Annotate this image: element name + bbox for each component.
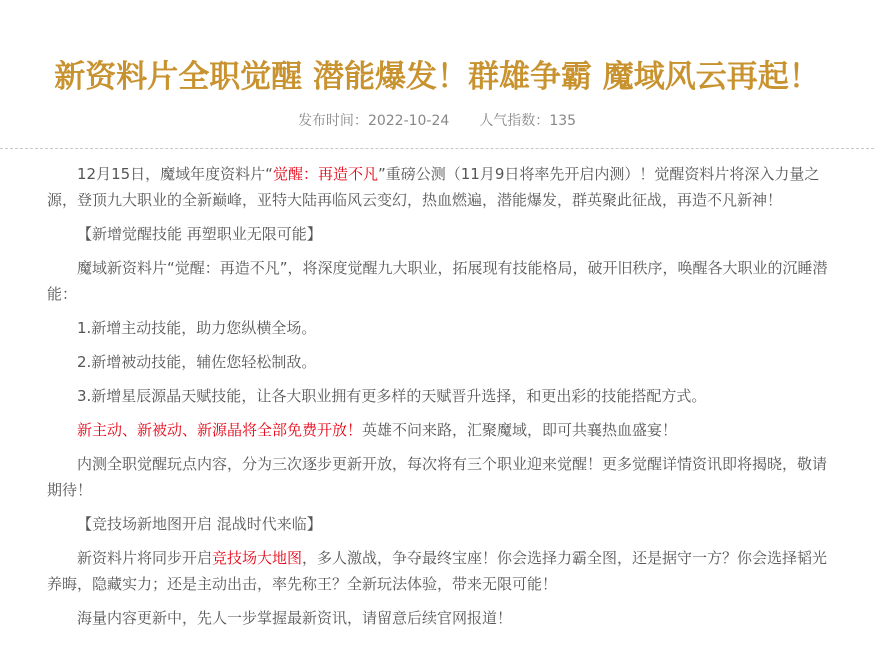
list-item: 3.新增星辰源晶天赋技能，让各大职业拥有更多样的天赋晋升选择，和更出彩的技能搭配… (47, 383, 830, 409)
publish-date: 2022-10-24 (368, 111, 449, 131)
highlight-arena-map: 竞技场大地图 (212, 549, 302, 567)
paragraph-closing: 海量内容更新中，先人一步掌握最新资讯，请留意后续官网报道！ (47, 605, 830, 631)
text: 12月15日，魔域年度资料片“ (77, 165, 273, 183)
paragraph-free: 新主动、新被动、新源晶将全部免费开放！英雄不问来路，汇聚魔域，即可共襄热血盛宴！ (47, 417, 830, 443)
popularity-value: 135 (549, 111, 576, 131)
article: 新资料片全职觉醒 潜能爆发！群雄争霸 魔域风云再起！ 发布时间：2022-10-… (0, 0, 874, 631)
publish-label: 发布时间： (298, 111, 368, 131)
section-heading-arena: 【竞技场新地图开启 混战时代来临】 (47, 511, 830, 537)
text: 英雄不问来路，汇聚魔域，即可共襄热血盛宴！ (362, 421, 677, 439)
article-title: 新资料片全职觉醒 潜能爆发！群雄争霸 魔域风云再起！ (0, 0, 874, 102)
highlight-expansion-name: 觉醒：再造不凡 (273, 165, 378, 183)
list-item: 1.新增主动技能，助力您纵横全场。 (47, 315, 830, 341)
paragraph-intro: 12月15日，魔域年度资料片“觉醒：再造不凡”重磅公测（11月9日将率先开启内测… (47, 161, 830, 213)
text: 新资料片将同步开启 (77, 549, 212, 567)
popularity-label: 人气指数： (479, 111, 549, 131)
highlight-free-open: 新主动、新被动、新源晶将全部免费开放！ (77, 421, 362, 439)
paragraph-arena: 新资料片将同步开启竞技场大地图，多人激战，争夺最终宝座！你会选择力霸全图，还是据… (47, 545, 830, 597)
article-body: 12月15日，魔域年度资料片“觉醒：再造不凡”重磅公测（11月9日将率先开启内测… (0, 149, 874, 631)
section-heading-skills: 【新增觉醒技能 再塑职业无限可能】 (47, 221, 830, 247)
article-meta: 发布时间：2022-10-24人气指数：135 (0, 111, 874, 131)
paragraph-beta: 内测全职觉醒玩点内容，分为三次逐步更新开放，每次将有三个职业迎来觉醒！更多觉醒详… (47, 451, 830, 503)
paragraph-skills-intro: 魔域新资料片“觉醒：再造不凡”，将深度觉醒九大职业，拓展现有技能格局，破开旧秩序… (47, 255, 830, 307)
list-item: 2.新增被动技能，辅佐您轻松制敌。 (47, 349, 830, 375)
